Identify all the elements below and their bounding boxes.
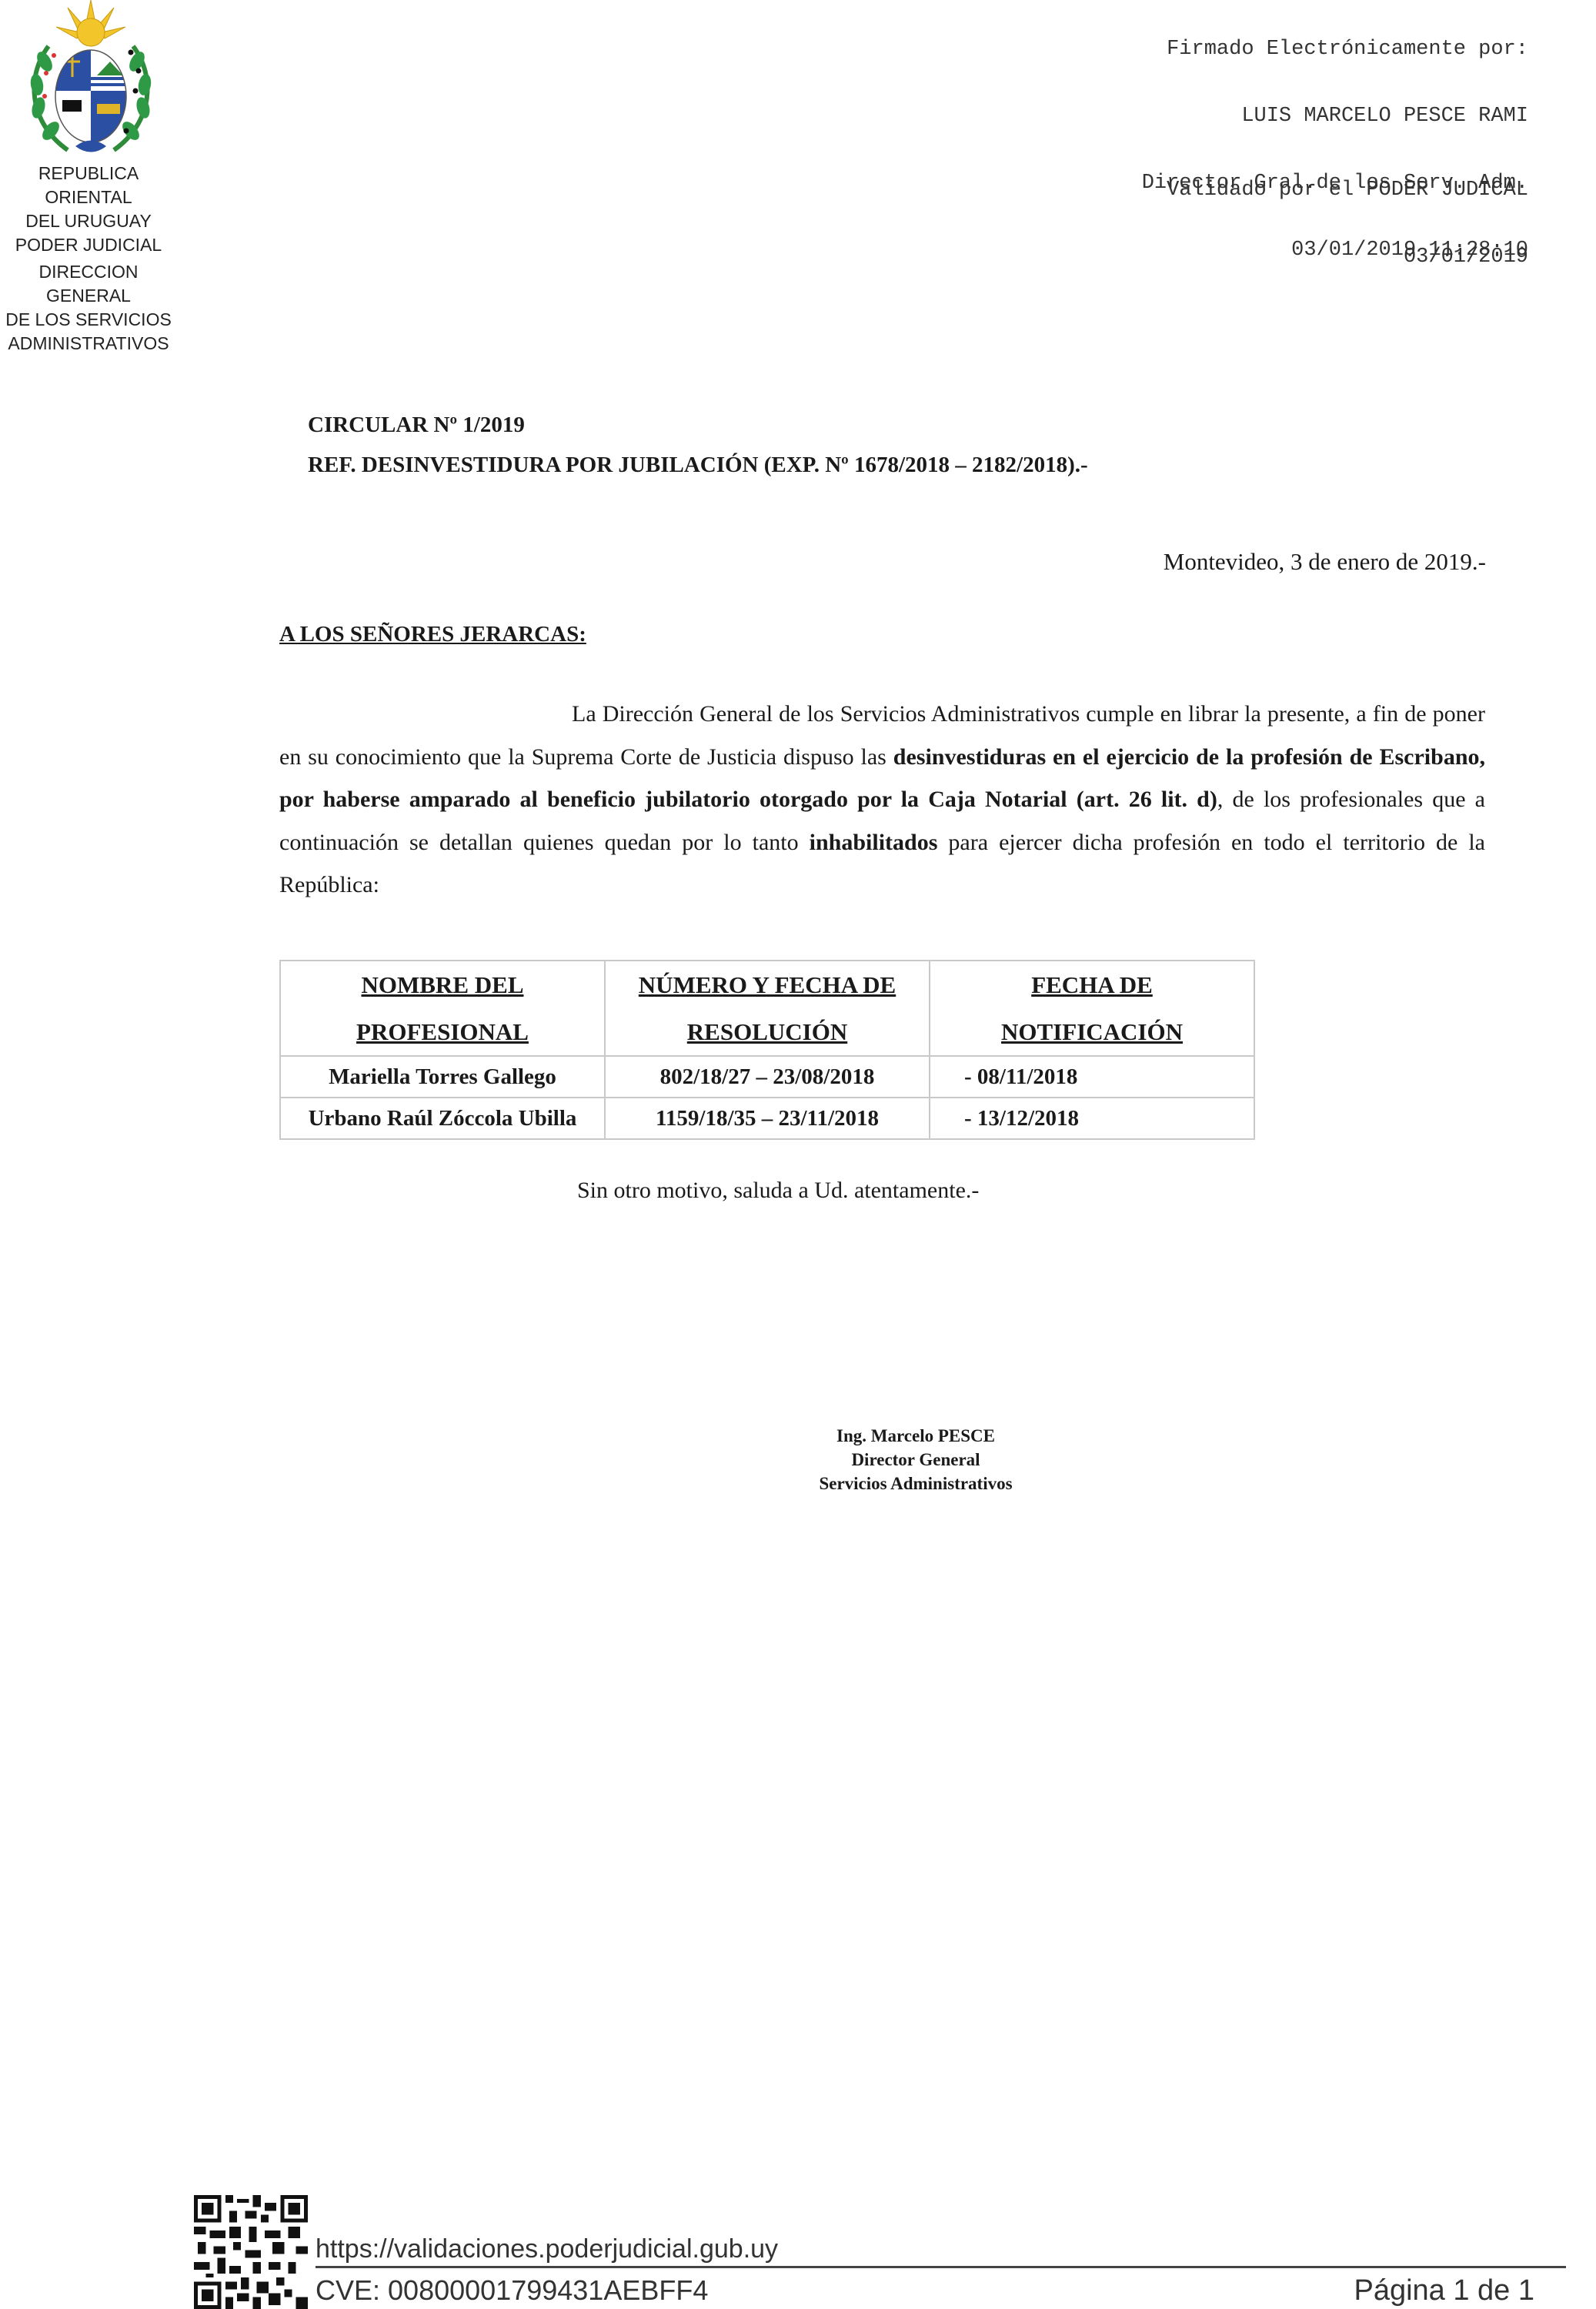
cell-resolution: 802/18/27 – 23/08/2018 xyxy=(605,1056,930,1098)
signer-name: LUIS MARCELO PESCE RAMI xyxy=(1142,105,1528,128)
column-header-name: NOMBRE DELPROFESIONAL xyxy=(280,961,605,1056)
footer-divider xyxy=(316,2266,1566,2268)
cell-resolution: 1159/18/35 – 23/11/2018 xyxy=(605,1098,930,1139)
header-text: FECHA DE xyxy=(1031,971,1153,998)
department-name: DIRECCION GENERAL DE LOS SERVICIOS ADMIN… xyxy=(0,260,177,356)
cve-code: CVE: 00800001799431AEBFF4 xyxy=(316,2274,708,2307)
validation-date: 03/01/2019 xyxy=(1167,246,1528,269)
header-text: NOTIFICACIÓN xyxy=(1001,1018,1183,1045)
institution-line: PODER JUDICIAL xyxy=(0,233,177,257)
validation-block: Validado por el PODER JUDICAL 03/01/2019 xyxy=(1167,135,1528,291)
body-paragraph: La Dirección General de los Servicios Ad… xyxy=(279,693,1485,907)
validation-url-link[interactable]: https://validaciones.poderjudicial.gub.u… xyxy=(316,2234,778,2264)
cell-notification: - 13/12/2018 xyxy=(930,1098,1254,1139)
qr-code-icon xyxy=(194,2195,308,2309)
cell-name: Mariella Torres Gallego xyxy=(280,1056,605,1098)
professionals-table: NOMBRE DELPROFESIONAL NÚMERO Y FECHA DER… xyxy=(279,960,1255,1140)
circular-number: CIRCULAR Nº 1/2019 xyxy=(308,413,525,438)
institution-name: REPUBLICA ORIENTAL DEL URUGUAY PODER JUD… xyxy=(0,162,177,257)
table-row: Mariella Torres Gallego 802/18/27 – 23/0… xyxy=(280,1056,1254,1098)
cell-name: Urbano Raúl Zóccola Ubilla xyxy=(280,1098,605,1139)
column-header-notification: FECHA DENOTIFICACIÓN xyxy=(930,961,1254,1056)
cell-notification: - 08/11/2018 xyxy=(930,1056,1254,1098)
department-line: DIRECCION GENERAL xyxy=(0,260,177,308)
signer-block: Ing. Marcelo PESCE Director General Serv… xyxy=(762,1424,1070,1495)
validation-line: Validado por el PODER JUDICAL xyxy=(1167,179,1528,202)
table-header-row: NOMBRE DELPROFESIONAL NÚMERO Y FECHA DER… xyxy=(280,961,1254,1056)
place-date: Montevideo, 3 de enero de 2019.- xyxy=(1164,548,1486,576)
signer-office: Servicios Administrativos xyxy=(762,1472,1070,1495)
header-text: PROFESIONAL xyxy=(356,1018,529,1045)
header-text: NÚMERO Y FECHA DE xyxy=(639,971,896,998)
body-bold-text: inhabilitados xyxy=(810,830,938,855)
table-row: Urbano Raúl Zóccola Ubilla 1159/18/35 – … xyxy=(280,1098,1254,1139)
page-number: Página 1 de 1 xyxy=(1354,2274,1534,2307)
salutation: A LOS SEÑORES JERARCAS: xyxy=(279,622,586,647)
header-text: RESOLUCIÓN xyxy=(687,1018,847,1045)
column-header-resolution: NÚMERO Y FECHA DERESOLUCIÓN xyxy=(605,961,930,1056)
signer-title: Director General xyxy=(762,1448,1070,1472)
department-line: DE LOS SERVICIOS xyxy=(0,308,177,332)
uruguay-coat-of-arms-icon xyxy=(14,0,168,162)
closing-line: Sin otro motivo, saluda a Ud. atentament… xyxy=(577,1178,979,1204)
department-line: ADMINISTRATIVOS xyxy=(0,332,177,356)
reference-line: REF. DESINVESTIDURA POR JUBILACIÓN (EXP.… xyxy=(308,453,1088,478)
institution-line: REPUBLICA ORIENTAL xyxy=(0,162,177,209)
header-text: NOMBRE DEL xyxy=(362,971,524,998)
signature-line: Firmado Electrónicamente por: xyxy=(1142,38,1528,61)
signer-name: Ing. Marcelo PESCE xyxy=(762,1424,1070,1448)
institution-line: DEL URUGUAY xyxy=(0,209,177,233)
